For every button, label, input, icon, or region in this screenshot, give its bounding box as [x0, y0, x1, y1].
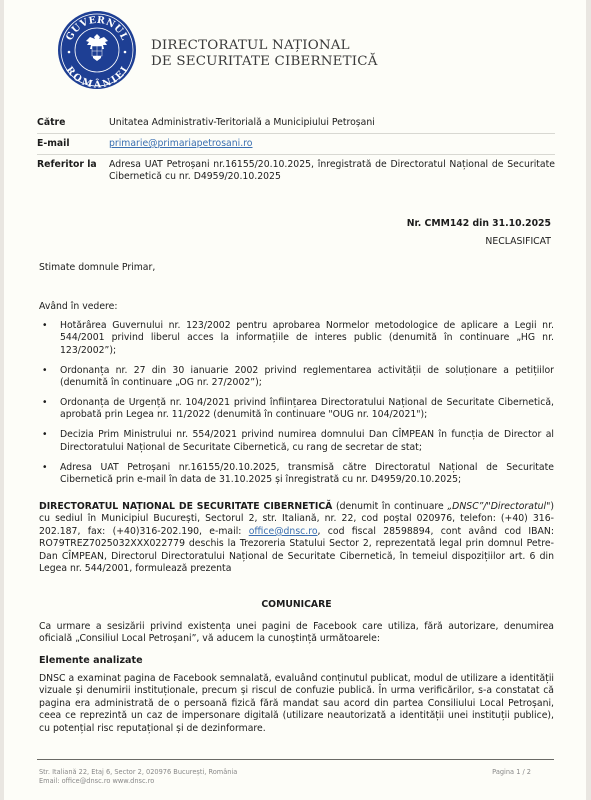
salutation: Stimate domnule Primar, [39, 262, 554, 274]
recipient-value: Unitatea Administrativ-Teritorială a Mun… [109, 113, 555, 134]
recipient-email-link[interactable]: primarie@primariapetrosani.ro [109, 138, 253, 149]
legal-basis-list: •Hotărârea Guvernului nr. 123/2002 pentr… [39, 320, 554, 494]
footer-email-web: Email: office@dnsc.ro www.dnsc.ro [39, 777, 237, 786]
document-number: Nr. CMM142 din 31.10.2025 [407, 215, 551, 233]
reference-value: Adresa UAT Petroșani nr.16155/20.10.2025… [109, 155, 555, 188]
government-seal-icon: GUVERNUL ROMÂNIEI [57, 10, 137, 90]
bullet-icon: • [42, 320, 47, 332]
issuer-name: DIRECTORATUL NAȚIONAL DE SECURITATE CIBE… [39, 501, 332, 512]
intro-paragraph: Ca urmare a sesizării privind existența … [39, 621, 554, 646]
list-item: •Hotărârea Guvernului nr. 123/2002 pentr… [39, 320, 554, 357]
footer-address: Str. Italiană 22, Etaj 6, Sector 2, 0209… [39, 768, 237, 777]
footer-contact: Str. Italiană 22, Etaj 6, Sector 2, 0209… [39, 768, 237, 786]
letterhead: GUVERNUL ROMÂNIEI DIRECTORATUL NAȚIONAL … [4, 0, 586, 100]
classification-label: NECLASIFICAT [407, 233, 551, 251]
bullet-icon: • [42, 462, 47, 474]
subheading: Elemente analizate [39, 655, 554, 667]
reference-label: Referitor la [37, 155, 109, 188]
issuer-identification-paragraph: DIRECTORATUL NAȚIONAL DE SECURITATE CIBE… [39, 501, 554, 575]
list-item: •Ordonanța de Urgență nr. 104/2021 privi… [39, 397, 554, 422]
bullet-icon: • [42, 397, 47, 409]
list-item: •Decizia Prim Ministrului nr. 554/2021 p… [39, 429, 554, 454]
section-title: COMUNICARE [39, 599, 554, 611]
issuer-email-link[interactable]: office@dnsc.ro [249, 526, 318, 537]
recipient-info-table: Către Unitatea Administrativ-Teritorială… [37, 113, 555, 187]
email-row: E-mail primarie@primariapetrosani.ro [37, 134, 555, 155]
bullet-icon: • [42, 365, 47, 377]
list-item: •Ordonanța nr. 27 din 30 ianuarie 2002 p… [39, 365, 554, 390]
document-page: GUVERNUL ROMÂNIEI DIRECTORATUL NAȚIONAL … [4, 0, 586, 800]
org-name-line2: DE SECURITATE CIBERNETICĂ [151, 54, 378, 70]
having-regard-heading: Având în vedere: [39, 301, 554, 313]
list-item: •Adresa UAT Petroșani nr.16155/20.10.202… [39, 462, 554, 487]
org-name-line1: DIRECTORATUL NAȚIONAL [151, 38, 378, 54]
footer-divider [37, 759, 554, 760]
organization-name: DIRECTORATUL NAȚIONAL DE SECURITATE CIBE… [151, 38, 378, 70]
email-label: E-mail [37, 134, 109, 155]
document-number-block: Nr. CMM142 din 31.10.2025 NECLASIFICAT [407, 215, 551, 251]
recipient-label: Către [37, 113, 109, 134]
recipient-row: Către Unitatea Administrativ-Teritorială… [37, 113, 555, 134]
page-number: Pagina 1 / 2 [492, 768, 531, 777]
reference-row: Referitor la Adresa UAT Petroșani nr.161… [37, 155, 555, 188]
analysis-paragraph: DNSC a examinat pagina de Facebook semna… [39, 673, 554, 735]
bullet-icon: • [42, 429, 47, 441]
